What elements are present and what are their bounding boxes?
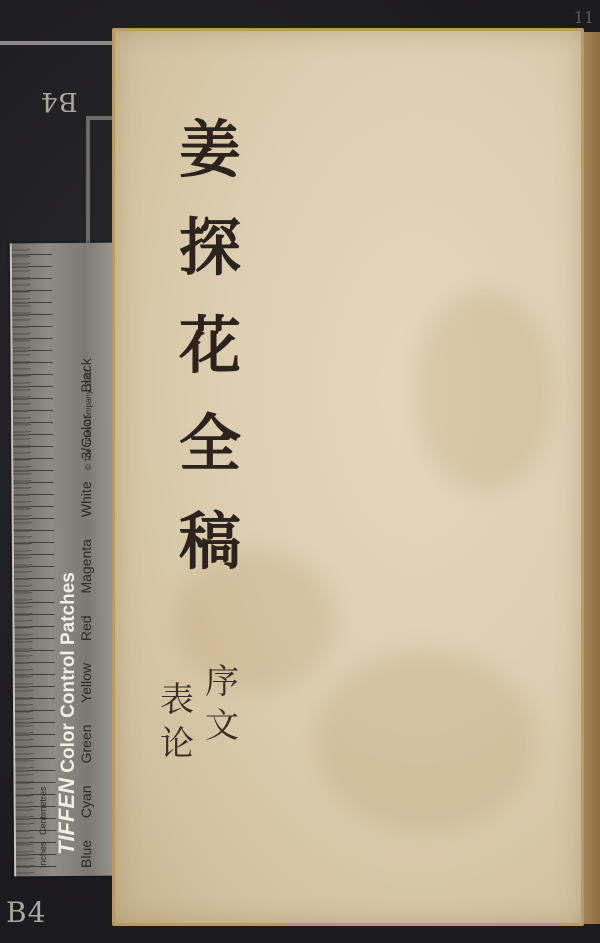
product-name: Color Control Patches	[58, 572, 79, 773]
ruler-color-labels: Blue Cyan Green Yellow Red Magenta White…	[78, 358, 94, 868]
title-char: 花	[179, 306, 241, 386]
stain	[315, 651, 535, 831]
brand-name: TIFFEN	[54, 778, 79, 855]
book-title: 姜 探 花 全 稿	[162, 110, 258, 582]
marker-label-top: B4	[40, 86, 78, 116]
guide-line-horizontal	[0, 41, 122, 45]
subtitle-char: 论	[160, 722, 194, 766]
subtitle-left: 表 论	[160, 678, 194, 766]
guide-line-vertical	[86, 118, 90, 248]
title-char: 探	[179, 208, 241, 288]
title-char: 稿	[179, 502, 241, 582]
corner-mark: 11	[574, 8, 594, 27]
marker-label-bottom: B4	[6, 896, 46, 929]
subtitle-char: 文	[205, 704, 239, 748]
subtitle-right: 序 文	[205, 660, 239, 748]
ruler-units-label: Inches Centimetres	[38, 786, 48, 868]
title-char: 姜	[179, 110, 241, 190]
title-char: 全	[179, 404, 241, 484]
ruler-brand: TIFFEN Color Control Patches	[54, 572, 80, 855]
stain	[415, 291, 555, 491]
subtitle-char: 表	[160, 678, 194, 722]
subtitle-char: 序	[205, 660, 239, 704]
